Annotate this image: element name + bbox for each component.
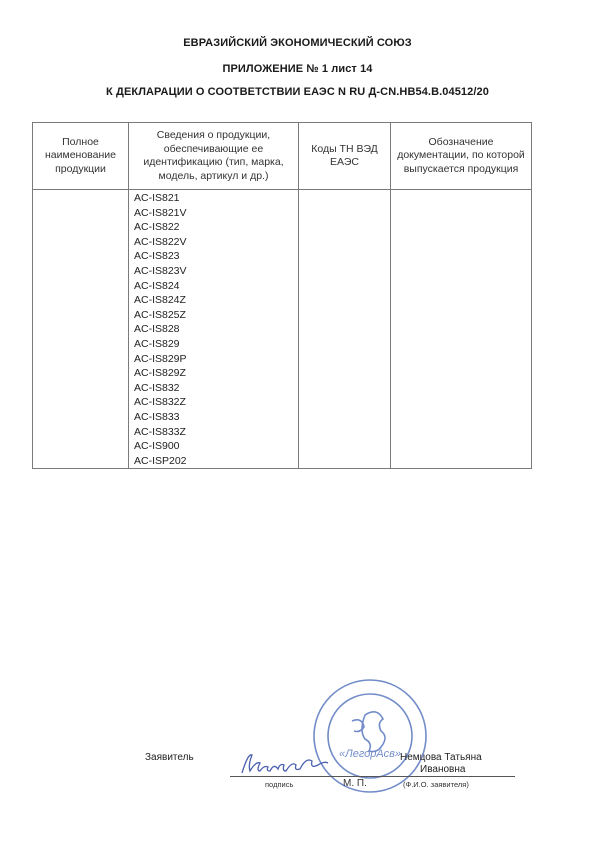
signature-caption: подпись (265, 780, 293, 789)
model-item: AC-IS829P (134, 352, 298, 367)
cell-models: AC-IS821AC-IS821VAC-IS822AC-IS822VAC-IS8… (129, 190, 299, 469)
signature-icon (238, 749, 333, 779)
model-item: AC-IS829 (134, 337, 298, 352)
declaration-title: К ДЕКЛАРАЦИИ О СООТВЕТСТВИИ ЕАЭС N RU Д-… (0, 86, 595, 98)
applicant-name-line1: Немцова Татьяна (400, 752, 482, 763)
signature-line (230, 776, 515, 777)
table-header-row: Полное наименование продукции Сведения о… (33, 123, 532, 190)
applicant-label: Заявитель (145, 752, 194, 763)
model-item: AC-IS824Z (134, 293, 298, 308)
model-item: AC-ISP202 (134, 454, 298, 469)
model-item: AC-IS823V (134, 264, 298, 279)
model-item: AC-IS833 (134, 410, 298, 425)
model-item: AC-IS833Z (134, 425, 298, 440)
column-header-codes: Коды ТН ВЭД ЕАЭС (299, 123, 391, 190)
model-item: AC-IS823 (134, 249, 298, 264)
stamp-caption: М. П. (343, 778, 367, 789)
model-item: AC-IS900 (134, 439, 298, 454)
svg-text:«ЛегорАсв»: «ЛегорАсв» (339, 748, 401, 760)
model-item: AC-IS832 (134, 381, 298, 396)
model-item: AC-IS824 (134, 279, 298, 294)
cell-codes (299, 190, 391, 469)
cell-documentation (391, 190, 532, 469)
column-header-documentation: Обозначение документации, по которой вып… (391, 123, 532, 190)
model-list: AC-IS821AC-IS821VAC-IS822AC-IS822VAC-IS8… (129, 190, 298, 468)
model-item: AC-IS821V (134, 206, 298, 221)
product-table: Полное наименование продукции Сведения о… (32, 122, 532, 469)
model-item: AC-IS822V (134, 235, 298, 250)
cell-product-name (33, 190, 129, 469)
model-item: AC-IS828 (134, 322, 298, 337)
model-item: AC-IS832Z (134, 395, 298, 410)
union-title: ЕВРАЗИЙСКИЙ ЭКОНОМИЧЕСКИЙ СОЮЗ (0, 37, 595, 49)
appendix-title: ПРИЛОЖЕНИЕ № 1 лист 14 (0, 63, 595, 75)
name-caption: (Ф.И.О. заявителя) (403, 780, 469, 789)
model-item: AC-IS822 (134, 220, 298, 235)
model-item: AC-IS821 (134, 191, 298, 206)
column-header-name: Полное наименование продукции (33, 123, 129, 190)
column-header-identification: Сведения о продукции, обеспечивающие ее … (129, 123, 299, 190)
model-item: AC-IS829Z (134, 366, 298, 381)
model-item: AC-IS825Z (134, 308, 298, 323)
applicant-name-line2: Ивановна (420, 764, 465, 775)
table-row: AC-IS821AC-IS821VAC-IS822AC-IS822VAC-IS8… (33, 190, 532, 469)
